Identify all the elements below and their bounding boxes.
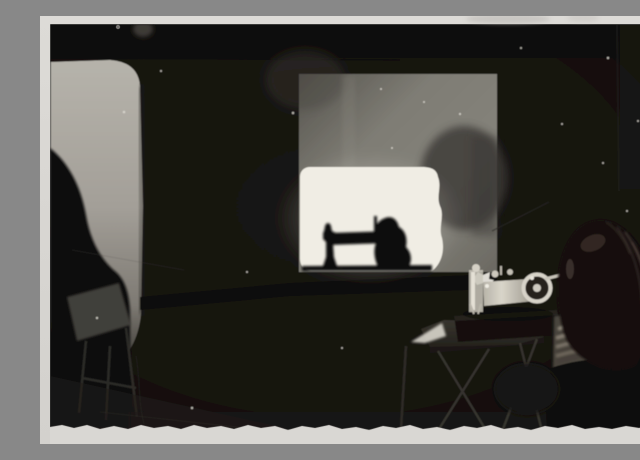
ceiling-band — [50, 21, 640, 60]
person-knee — [495, 364, 559, 414]
photo-canvas — [40, 16, 640, 444]
projection-screen — [265, 50, 508, 287]
photo-scene — [50, 21, 640, 430]
projected-light-rectangle — [300, 167, 443, 271]
photograph — [40, 16, 640, 444]
person-lower-body — [546, 359, 640, 429]
